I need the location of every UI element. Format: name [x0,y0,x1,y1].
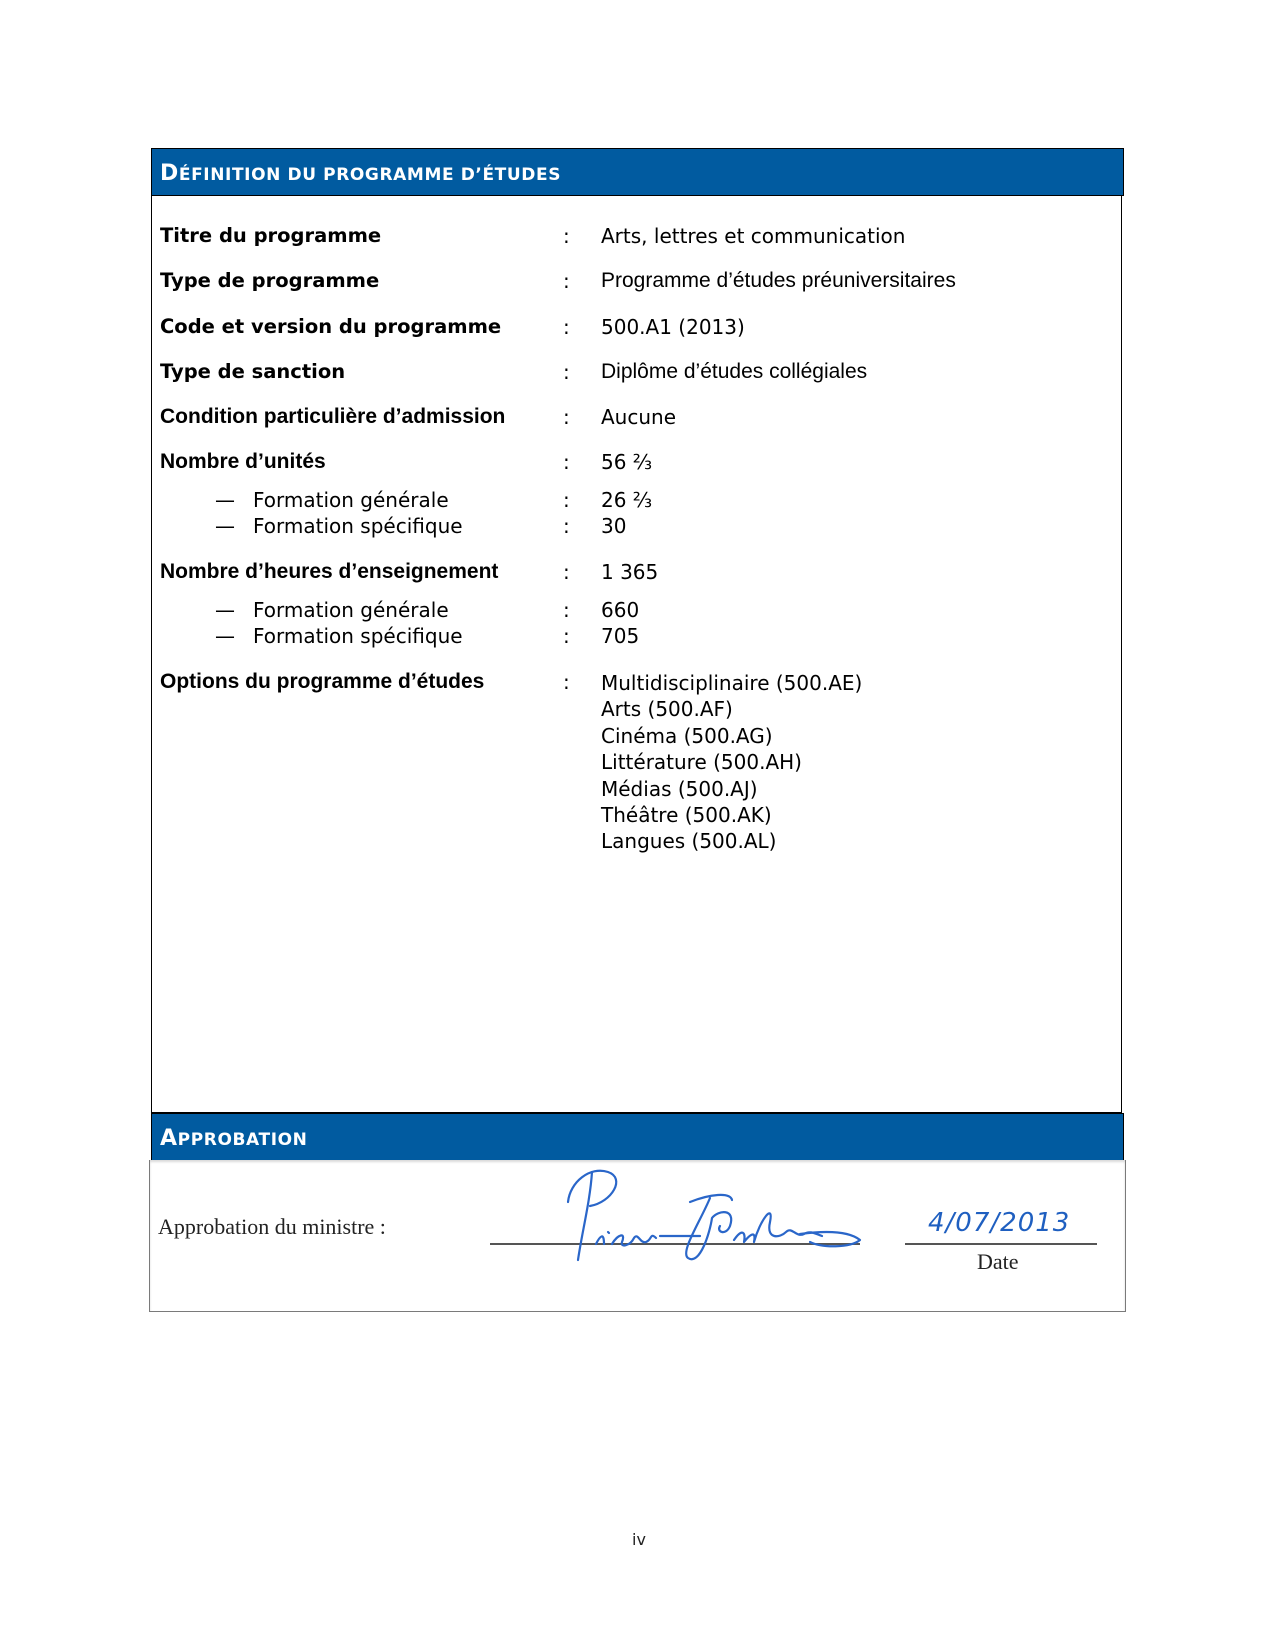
page-number: iv [632,1530,646,1549]
title-rest: PPROBATION [178,1130,308,1150]
row-label: Type de programme [160,269,379,292]
row-colon: : [563,514,570,538]
row-value: 705 [601,624,639,648]
title-initial: A [160,1126,178,1151]
date-line [905,1243,1097,1245]
option-item: Langues (500.AL) [601,828,862,854]
row-label: Titre du programme [160,224,381,247]
row-colon: : [563,315,570,339]
row-value: Arts, lettres et communication [601,224,905,248]
option-item: Médias (500.AJ) [601,776,862,802]
definition-header: DÉFINITION DU PROGRAMME D’ÉTUDES [151,148,1124,196]
dash: — [215,598,253,622]
options-list: Multidisciplinaire (500.AE) Arts (500.AF… [601,670,862,855]
sub-label-text: Formation générale [253,598,449,622]
row-label: Code et version du programme [160,315,501,338]
sub-label-text: Formation spécifique [253,624,463,648]
row-value: 26 ⅔ [601,488,652,512]
row-value: Aucune [601,405,676,429]
dash: — [215,514,253,538]
option-item: Multidisciplinaire (500.AE) [601,670,862,696]
row-colon: : [563,560,570,584]
option-item: Cinéma (500.AG) [601,723,862,749]
row-label: Nombre d’heures d’enseignement [160,560,498,584]
dash: — [215,624,253,648]
sub-label-text: Formation spécifique [253,514,463,538]
row-colon: : [563,670,570,694]
row-value: 56 ⅔ [601,450,652,474]
row-label: Type de sanction [160,360,345,383]
row-colon: : [563,598,570,622]
option-item: Arts (500.AF) [601,696,862,722]
sub-label-text: Formation générale [253,488,449,512]
signature-icon [560,1162,880,1272]
row-value: Programme d’études préuniversitaires [601,269,956,293]
sub-label: —Formation générale [215,488,449,512]
row-value: 500.A1 (2013) [601,315,745,339]
approbation-label: Approbation du ministre : [158,1214,386,1240]
approbation-header: APPROBATION [151,1113,1124,1160]
option-item: Théâtre (500.AK) [601,802,862,828]
row-label: Condition particulière d’admission [160,405,505,429]
row-colon: : [563,360,570,384]
definition-title: DÉFINITION DU PROGRAMME D’ÉTUDES [160,161,561,186]
row-colon: : [563,488,570,512]
dash: — [215,488,253,512]
row-colon: : [563,624,570,648]
row-colon: : [563,405,570,429]
approbation-title: APPROBATION [160,1126,308,1151]
row-value: Diplôme d’études collégiales [601,360,867,384]
sub-label: —Formation spécifique [215,624,463,648]
title-rest: ÉFINITION DU PROGRAMME D’ÉTUDES [179,165,561,185]
row-label: Nombre d’unités [160,450,326,474]
sub-label: —Formation spécifique [215,514,463,538]
row-colon: : [563,269,570,293]
sub-label: —Formation générale [215,598,449,622]
row-value: 30 [601,514,626,538]
title-initial: D [160,161,179,186]
row-value: 1 365 [601,560,658,584]
row-label: Options du programme d’études [160,670,484,694]
approval-date-value: 4/07/2013 [928,1208,1070,1238]
row-colon: : [563,224,570,248]
row-colon: : [563,450,570,474]
row-value: 660 [601,598,639,622]
date-label: Date [977,1249,1019,1275]
option-item: Littérature (500.AH) [601,749,862,775]
